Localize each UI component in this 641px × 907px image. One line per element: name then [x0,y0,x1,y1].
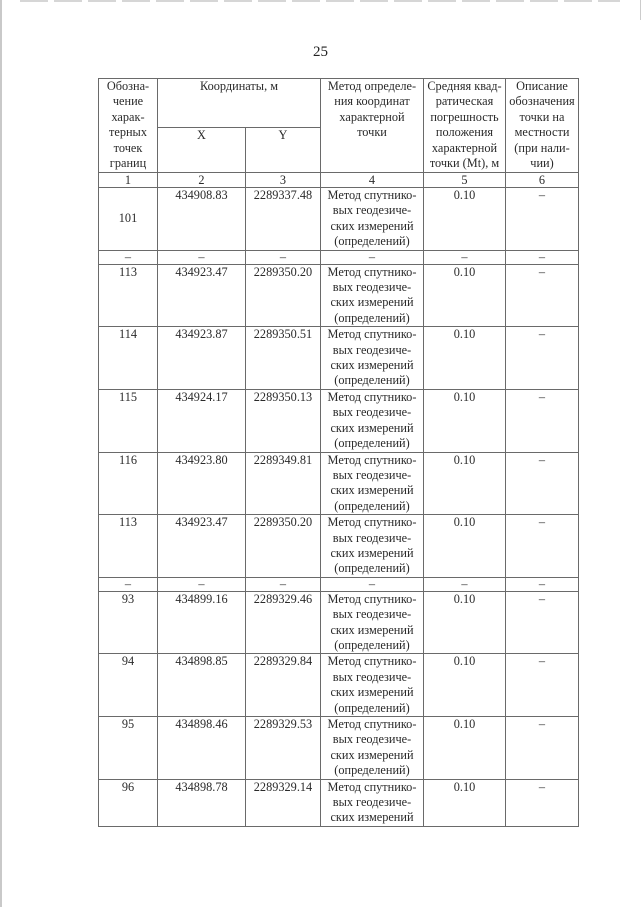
column-number-row: 1 2 3 4 5 6 [99,173,579,188]
coordinate-y: 2289329.84 [246,654,321,717]
header-x: X [158,128,246,173]
point-number: 93 [99,591,158,654]
header-mean-square-error: Средняя квад- ратическая погрешность пол… [424,79,506,173]
dash-cell: – [424,250,506,264]
table-row: 115434924.172289350.13Метод спутнико- вы… [99,389,579,452]
column-number: 5 [424,173,506,188]
point-number: 96 [99,779,158,826]
point-description: – [506,452,579,515]
coordinate-y: 2289350.20 [246,264,321,327]
coordinate-x: 434924.17 [158,389,246,452]
method: Метод спутнико- вых геодезиче- ских изме… [321,188,424,251]
column-number: 6 [506,173,579,188]
mean-square-error: 0.10 [424,452,506,515]
coordinate-y: 2289329.14 [246,779,321,826]
dash-cell: – [506,577,579,591]
dash-cell: – [424,577,506,591]
point-number: 114 [99,327,158,390]
point-description: – [506,389,579,452]
table-row: 101434908.832289337.48Метод спутнико- вы… [99,188,579,251]
table-row: 95434898.462289329.53Метод спутнико- вых… [99,717,579,780]
point-number: 115 [99,389,158,452]
column-number: 4 [321,173,424,188]
coordinate-x: 434899.16 [158,591,246,654]
column-number: 1 [99,173,158,188]
header-method: Метод определе- ния координат характерно… [321,79,424,173]
method: Метод спутнико- вых геодезиче- ских изме… [321,779,424,826]
table-row: 113434923.472289350.20Метод спутнико- вы… [99,515,579,578]
point-number: 94 [99,654,158,717]
mean-square-error: 0.10 [424,515,506,578]
coordinate-y: 2289329.46 [246,591,321,654]
omitted-row: –––––– [99,250,579,264]
method: Метод спутнико- вых геодезиче- ских изме… [321,264,424,327]
table-row: 93434899.162289329.46Метод спутнико- вых… [99,591,579,654]
coordinate-x: 434923.47 [158,264,246,327]
mean-square-error: 0.10 [424,327,506,390]
scan-edge-left [0,0,2,907]
point-description: – [506,591,579,654]
point-description: – [506,779,579,826]
scan-edge-top [20,0,620,2]
mean-square-error: 0.10 [424,188,506,251]
mean-square-error: 0.10 [424,389,506,452]
method: Метод спутнико- вых геодезиче- ских изме… [321,327,424,390]
mean-square-error: 0.10 [424,779,506,826]
coordinate-y: 2289349.81 [246,452,321,515]
method: Метод спутнико- вых геодезиче- ских изме… [321,515,424,578]
coordinate-x: 434923.87 [158,327,246,390]
coordinate-y: 2289350.51 [246,327,321,390]
dash-cell: – [158,577,246,591]
table-row: 114434923.872289350.51Метод спутнико- вы… [99,327,579,390]
coordinate-x: 434898.78 [158,779,246,826]
method: Метод спутнико- вых геодезиче- ских изме… [321,591,424,654]
header-y: Y [246,128,321,173]
table-row: 94434898.852289329.84Метод спутнико- вых… [99,654,579,717]
point-number: 95 [99,717,158,780]
coordinate-y: 2289329.53 [246,717,321,780]
coordinate-y: 2289337.48 [246,188,321,251]
coordinate-y: 2289350.20 [246,515,321,578]
table-row: 96434898.782289329.14Метод спутнико- вых… [99,779,579,826]
coordinate-x: 434923.47 [158,515,246,578]
method: Метод спутнико- вых геодезиче- ских изме… [321,654,424,717]
point-description: – [506,717,579,780]
mean-square-error: 0.10 [424,717,506,780]
dash-cell: – [158,250,246,264]
mean-square-error: 0.10 [424,654,506,717]
page-number: 25 [0,44,641,61]
mean-square-error: 0.10 [424,591,506,654]
table-body: 101434908.832289337.48Метод спутнико- вы… [99,188,579,827]
dash-cell: – [506,250,579,264]
dash-cell: – [99,577,158,591]
column-number: 2 [158,173,246,188]
coordinate-x: 434898.46 [158,717,246,780]
omitted-row: –––––– [99,577,579,591]
point-description: – [506,515,579,578]
coordinate-x: 434898.85 [158,654,246,717]
coordinate-y: 2289350.13 [246,389,321,452]
point-description: – [506,327,579,390]
table-row: 113434923.472289350.20Метод спутнико- вы… [99,264,579,327]
column-number: 3 [246,173,321,188]
dash-cell: – [321,250,424,264]
point-number: 101 [99,188,158,251]
point-description: – [506,654,579,717]
mean-square-error: 0.10 [424,264,506,327]
coordinate-x: 434908.83 [158,188,246,251]
header-point-description: Описание обозначения точки на местности … [506,79,579,173]
point-description: – [506,188,579,251]
table-row: 116434923.802289349.81Метод спутнико- вы… [99,452,579,515]
dash-cell: – [99,250,158,264]
method: Метод спутнико- вых геодезиче- ских изме… [321,717,424,780]
method: Метод спутнико- вых геодезиче- ских изме… [321,389,424,452]
point-number: 113 [99,515,158,578]
dash-cell: – [246,577,321,591]
header-point-designation: Обозна- чение харак- терных точек границ [99,79,158,173]
method: Метод спутнико- вых геодезиче- ских изме… [321,452,424,515]
coordinate-x: 434923.80 [158,452,246,515]
point-number: 116 [99,452,158,515]
header-coordinates: Координаты, м [158,79,321,128]
point-description: – [506,264,579,327]
point-number: 113 [99,264,158,327]
dash-cell: – [246,250,321,264]
dash-cell: – [321,577,424,591]
boundary-points-table: Обозна- чение харак- терных точек границ… [98,78,579,827]
